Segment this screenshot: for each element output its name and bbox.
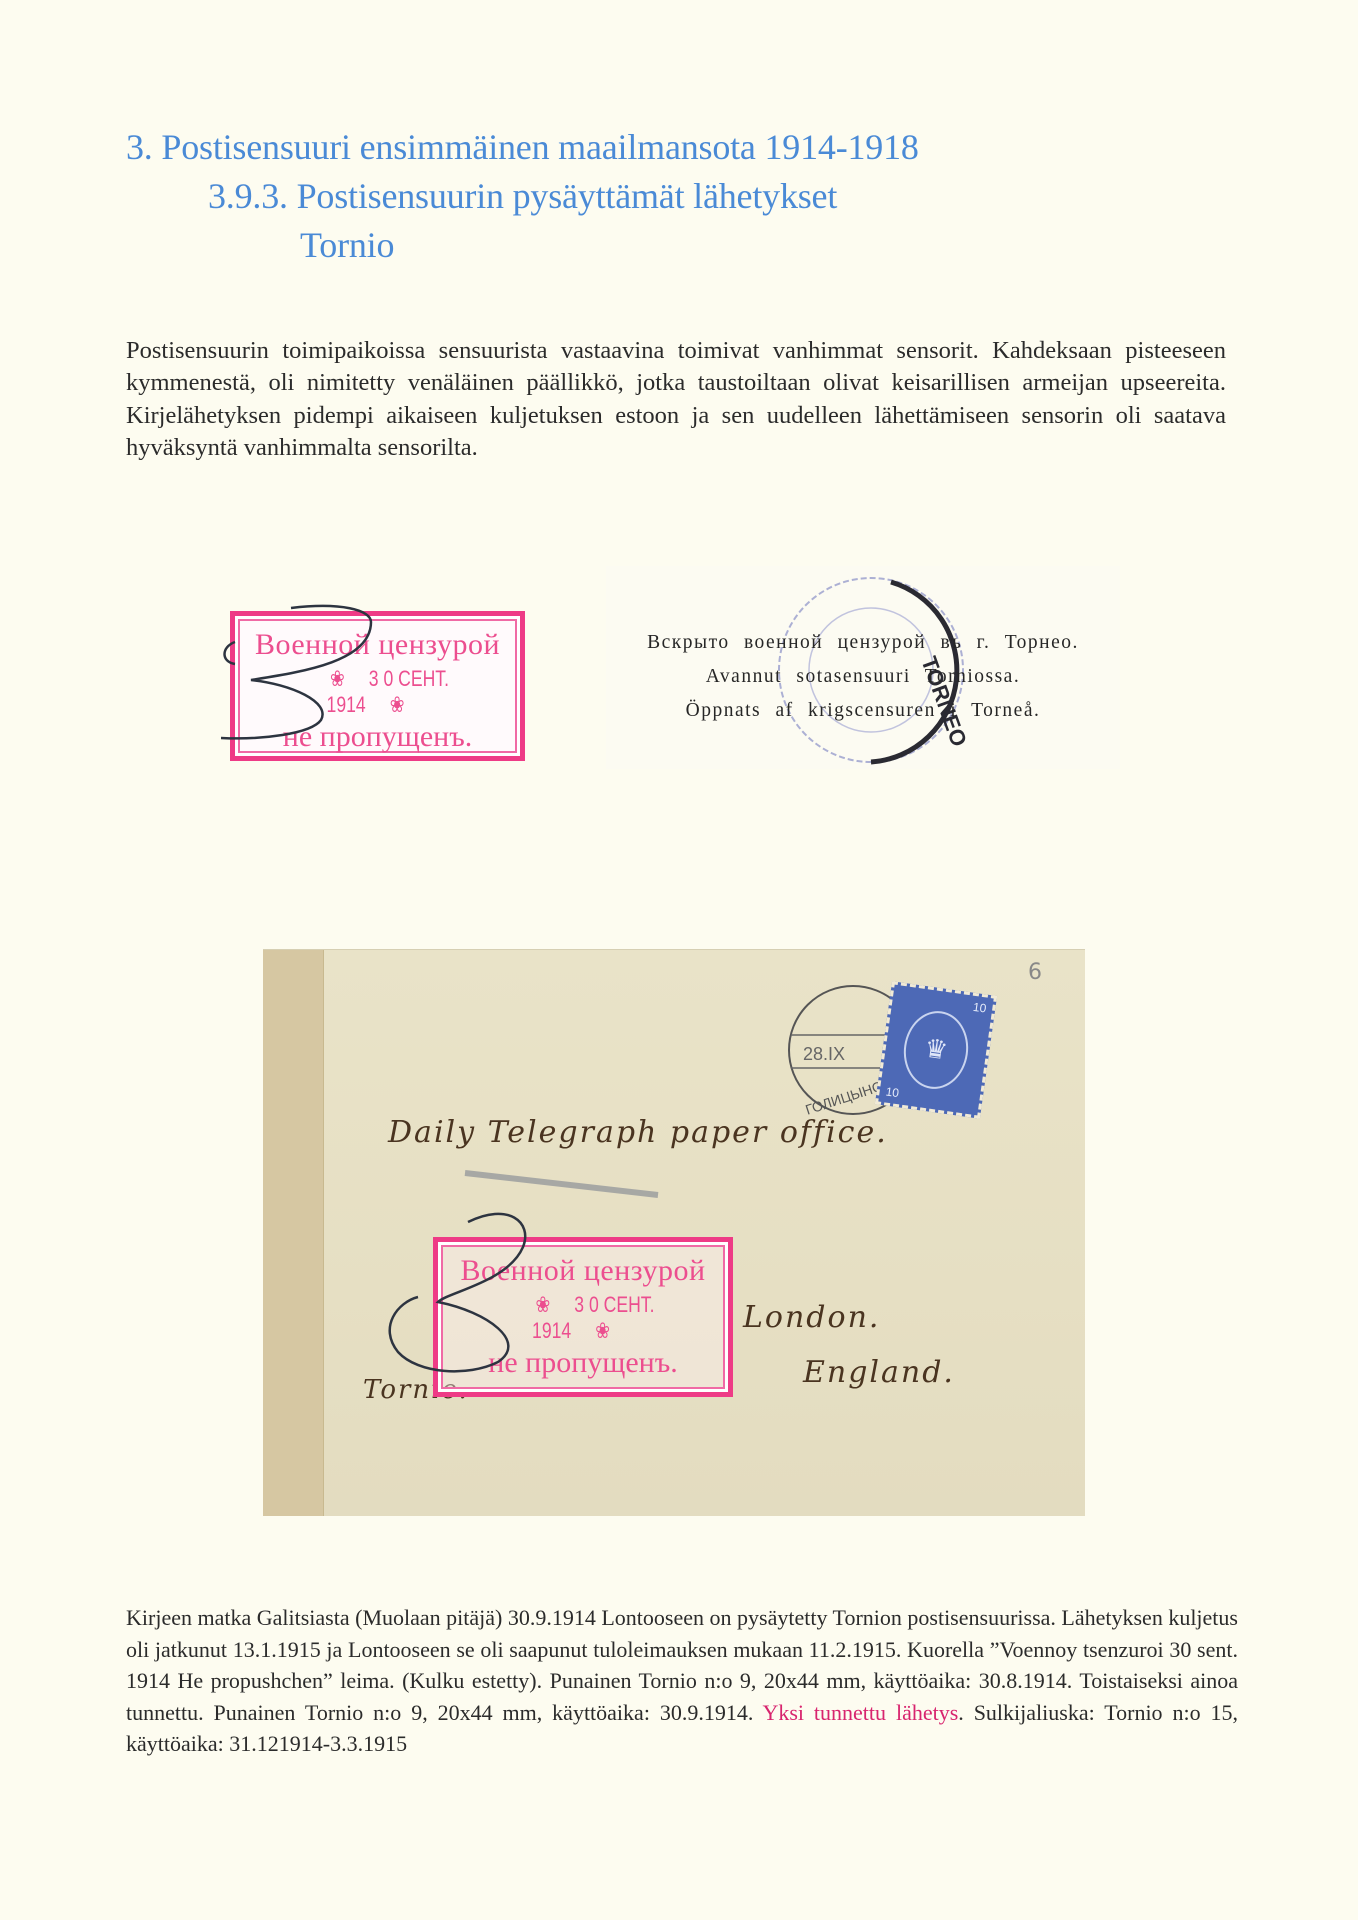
address-line-3: England. xyxy=(803,1355,955,1390)
censor-stamp-on-envelope: Военной цензурой ❀3 0 СЕНТ. 1914❀ не про… xyxy=(433,1237,733,1397)
label-line-russian: Вскрыто военной цензурой въ г. Торнео. xyxy=(606,626,1120,660)
stamp-value: 10 xyxy=(972,1000,987,1016)
censor-stamp-example: Военной цензурой ❀3 0 СЕНТ. 1914❀ не про… xyxy=(230,611,525,761)
stamp-date-row: ❀3 0 СЕНТ. 1914❀ xyxy=(467,1292,699,1344)
stamp-value-bottom: 10 xyxy=(885,1084,900,1100)
rosette-icon: ❀ xyxy=(390,692,405,717)
rosette-icon: ❀ xyxy=(536,1292,551,1317)
address-line-1: Daily Telegraph paper office. xyxy=(388,1115,888,1150)
stamp-line-1: Военной цензурой xyxy=(438,1254,728,1288)
intro-paragraph: Postisensuurin toimipaikoissa sensuurist… xyxy=(126,335,1226,465)
postage-stamp: ♛ 10 10 xyxy=(875,981,997,1119)
section-heading: 3. Postisensuuri ensimmäinen maailmansot… xyxy=(126,126,919,168)
imperial-eagle-icon: ♛ xyxy=(899,1007,973,1093)
stamp-date-row: ❀3 0 СЕНТ. 1914❀ xyxy=(264,666,492,718)
stamp-date: 3 0 СЕНТ. 1914 xyxy=(532,1292,654,1343)
rosette-icon: ❀ xyxy=(595,1318,610,1343)
rosette-icon: ❀ xyxy=(330,666,345,691)
censor-label-clipping: TORNEO Вскрыто военной цензурой въ г. То… xyxy=(606,566,1120,769)
pencil-mark: 6 xyxy=(1028,960,1042,985)
stamp-line-3: не пропущенъ. xyxy=(438,1346,728,1380)
label-line-finnish: Avannut sotasensuuri Torniossa. xyxy=(606,660,1120,694)
censor-closure-strip xyxy=(263,950,324,1516)
svg-text:28.IX: 28.IX xyxy=(803,1044,845,1064)
censored-envelope: 6 28.IX ГОЛИЦЫНО ♛ 10 10 Daily Telegraph… xyxy=(263,949,1085,1516)
subsection-heading: 3.9.3. Postisensuurin pysäyttämät lähety… xyxy=(208,175,837,217)
pencil-smudge-icon xyxy=(463,1165,663,1205)
caption-highlight: Yksi tunnettu lähetys xyxy=(762,1700,958,1725)
location-heading: Tornio xyxy=(300,224,394,266)
label-line-swedish: Öppnats af krigscensuren i Torneå. xyxy=(606,694,1120,728)
stamp-line-1: Военной цензурой xyxy=(235,628,520,662)
address-line-2: London. xyxy=(743,1300,880,1335)
caption-paragraph: Kirjeen matka Galitsiasta (Muolaan pitäj… xyxy=(126,1602,1238,1760)
stamp-line-3: не пропущенъ. xyxy=(235,720,520,754)
censor-label-text: Вскрыто военной цензурой въ г. Торнео. A… xyxy=(606,626,1120,728)
